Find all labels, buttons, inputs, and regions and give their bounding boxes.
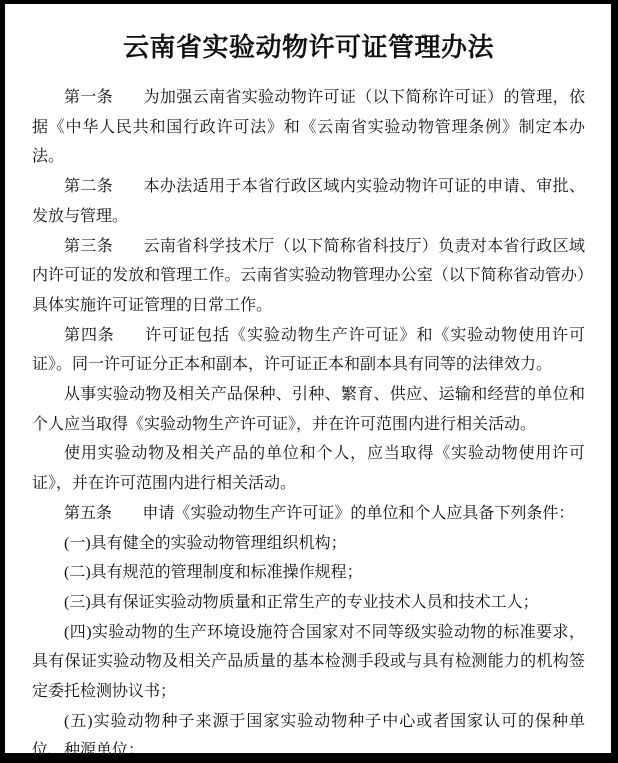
- article-number: 第一条: [64, 89, 113, 106]
- paragraph-text: (五)实验动物种子来源于国家实验动物种子中心或者国家认可的保种单位、种源单位；: [32, 713, 585, 760]
- paragraph-text: 使用实验动物及相关产品的单位和个人，应当取得《实验动物使用许可证》，并在许可范围…: [32, 445, 585, 492]
- paragraph: (一)具有健全的实验动物管理组织机构；: [32, 529, 585, 559]
- paragraph-text: 云南省科学技术厅（以下简称省科技厅）负责对本省行政区域内许可证的发放和管理工作。…: [32, 238, 585, 314]
- document-page: 云南省实验动物许可证管理办法 第一条为加强云南省实验动物许可证（以下简称许可证）…: [0, 0, 618, 763]
- article-number: 第五条: [64, 505, 112, 522]
- paragraph: (五)实验动物种子来源于国家实验动物种子中心或者国家认可的保种单位、种源单位；: [32, 707, 585, 763]
- paragraph-text: (二)具有规范的管理制度和标准操作规程；: [64, 564, 363, 581]
- article-number: 第三条: [64, 238, 113, 255]
- paragraph: 从事实验动物及相关产品保种、引种、繁育、供应、运输和经营的单位和个人应当取得《实…: [32, 380, 585, 439]
- paragraph: 第二条本办法适用于本省行政区域内实验动物许可证的申请、审批、发放与管理。: [32, 172, 585, 231]
- article-number: 第二条: [64, 178, 113, 195]
- paragraph-text: 申请《实验动物生产许可证》的单位和个人应具备下列条件：: [142, 505, 574, 522]
- paragraph-text: 本办法适用于本省行政区域内实验动物许可证的申请、审批、发放与管理。: [32, 178, 585, 225]
- paragraph-text: (三)具有保证实验动物质量和正常生产的专业技术人员和技术工人；: [64, 594, 539, 611]
- paragraph: 第五条申请《实验动物生产许可证》的单位和个人应具备下列条件：: [32, 499, 585, 529]
- paragraph: 第三条云南省科学技术厅（以下简称省科技厅）负责对本省行政区域内许可证的发放和管理…: [32, 232, 585, 321]
- paragraph: (四)实验动物的生产环境设施符合国家对不同等级实验动物的标准要求，具有保证实验动…: [32, 618, 585, 707]
- paragraph: (三)具有保证实验动物质量和正常生产的专业技术人员和技术工人；: [32, 588, 585, 618]
- paragraph-text: 从事实验动物及相关产品保种、引种、繁育、供应、运输和经营的单位和个人应当取得《实…: [32, 386, 585, 433]
- document-content: 云南省实验动物许可证管理办法 第一条为加强云南省实验动物许可证（以下简称许可证）…: [5, 4, 611, 763]
- paragraph: 第四条许可证包括《实验动物生产许可证》和《实验动物使用许可证》。同一许可证分正本…: [32, 321, 585, 380]
- paragraph: 使用实验动物及相关产品的单位和个人，应当取得《实验动物使用许可证》，并在许可范围…: [32, 439, 585, 498]
- paragraph-text: (一)具有健全的实验动物管理组织机构；: [64, 535, 347, 552]
- document-title: 云南省实验动物许可证管理办法: [32, 28, 585, 68]
- article-number: 第四条: [64, 327, 115, 344]
- paragraph: (二)具有规范的管理制度和标准操作规程；: [32, 558, 585, 588]
- paragraph: 第一条为加强云南省实验动物许可证（以下简称许可证）的管理，依据《中华人民共和国行…: [32, 83, 585, 172]
- paragraph-text: (四)实验动物的生产环境设施符合国家对不同等级实验动物的标准要求，具有保证实验动…: [32, 624, 585, 700]
- document-body: 第一条为加强云南省实验动物许可证（以下简称许可证）的管理，依据《中华人民共和国行…: [32, 83, 585, 763]
- paragraph-text: 为加强云南省实验动物许可证（以下简称许可证）的管理，依据《中华人民共和国行政许可…: [32, 89, 585, 165]
